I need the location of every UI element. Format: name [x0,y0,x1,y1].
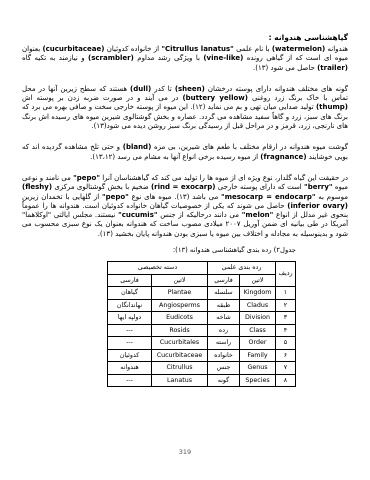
persian-text: حاصل می شود (۱۳). [253,64,317,72]
latin-term: (sheen) [175,85,205,93]
classification-table-body: ۱KingdomسلسلهPlantaeگیاهان۲CladusطبقهAng… [108,287,296,387]
scientific-latin-cell: Cladus [240,299,276,312]
scientific-latin-cell: Family [240,349,276,362]
paragraph: گوشت میوه هندوانه در ارقام مختلف با طعم … [22,143,348,162]
persian-text: و نیازمند به تکیه گاه [22,54,88,62]
paragraph: در حقیقت این گیاه گلدار، نوع ویژه ای از … [22,174,348,239]
body-paragraphs: هندوانه (watermelon) با نام علمی "Citrul… [22,45,348,239]
latin-term: (fleshy) [22,183,52,191]
scientific-latin-cell: Division [240,312,276,325]
scientific-latin-cell: Class [240,324,276,337]
latin-term: "Citrullus lanatus" [161,45,233,53]
header-specific-group: دسته تخصیصی [108,262,208,275]
table-row: ۷GenusجنسCitrullusهندوانه [108,362,296,375]
persian-text: تولید صدایی میان تهی و بم می نماید (۱۲).… [22,103,348,130]
table-row: ۴ClassردهRosids--- [108,324,296,337]
persian-text: هندوانه [325,45,348,53]
row-number-cell: ۲ [276,299,296,312]
latin-term: "melon" [242,211,274,219]
specific-farsi-cell: کدوئیان [108,349,152,362]
header-specific-farsi: فارسی [108,274,152,287]
persian-text: می باشد (۱۳). میوه های نوع [129,193,221,201]
scientific-farsi-cell: سلسله [208,287,240,300]
specific-farsi-cell: --- [108,337,152,350]
row-number-cell: ۳ [276,312,296,325]
table-row: ۱KingdomسلسلهPlantaeگیاهان [108,287,296,300]
page-number: 319 [0,448,370,456]
table-row: ۵OrderراستهCucurbitales--- [108,337,296,350]
specific-farsi-cell: هندوانه [108,362,152,375]
table-caption: جدول۲) رده بندی گیاهشناسی هندوانه (۱۳): [22,246,296,255]
persian-text: تا کدر [151,85,175,93]
specific-latin-cell: Cucurbitaceae [152,349,208,362]
latin-term: (trailer) [317,64,348,72]
latin-term: (dull) [130,85,151,93]
header-specific-latin: لاتین [152,274,208,287]
header-scientific-group: رده بندی علمی [208,262,276,275]
scientific-latin-cell: Genus [240,362,276,375]
specific-latin-cell: Citrullus [152,362,208,375]
latin-term: (rind = exocarp) [151,183,216,191]
specific-latin-cell: Eudicots [152,312,208,325]
latin-term: (inferior ovary) [287,202,348,210]
paragraph: هندوانه (watermelon) با نام علمی "Citrul… [22,45,348,73]
row-number-cell: ۶ [276,349,296,362]
scientific-latin-cell: Kingdom [240,287,276,300]
persian-text: از گلهایی با تخمدان زیرین [22,193,102,201]
row-number-cell: ۸ [276,374,296,387]
scientific-farsi-cell: خانواده [208,349,240,362]
latin-term: (cucurbitaceae) [42,45,104,53]
header-row-number: ردیف [276,262,296,287]
persian-text: است که دارای پوسته خارجی [215,183,304,191]
document-page: گیاهشناسی هندوانه : هندوانه (watermelon)… [0,0,370,480]
latin-term: (buttery yellow) [182,94,248,102]
persian-text: از خانواده کدوئیان [104,45,161,53]
header-scientific-latin: لاتین [240,274,276,287]
persian-text: موسوم به [316,193,348,201]
latin-term: (bland) [123,143,152,151]
persian-text: ضخیم با بخش گوشتالوی مرکزی [52,183,151,191]
specific-latin-cell: Cucurbitales [152,337,208,350]
specific-farsi-cell: گیاهان [108,287,152,300]
persian-text: در حقیقت این گیاه گلدار، نوع ویژه ای از … [100,174,348,182]
scientific-farsi-cell: راسته [208,337,240,350]
specific-farsi-cell: نهاندانگان [108,299,152,312]
table-row: ۸SpeciesگونهLanatus--- [108,374,296,387]
specific-latin-cell: Lanatus [152,374,208,387]
table-row: ۲CladusطبقهAngiospermsنهاندانگان [108,299,296,312]
scientific-farsi-cell: شاخه [208,312,240,325]
latin-term: "pepo" [102,193,129,201]
row-number-cell: ۱ [276,287,296,300]
latin-term: (scrambler) [88,54,134,62]
row-number-cell: ۷ [276,362,296,375]
specific-latin-cell: Plantae [152,287,208,300]
scientific-farsi-cell: جنس [208,362,240,375]
row-number-cell: ۵ [276,337,296,350]
latin-term: "mesocarp = endocarp" [221,193,315,201]
scientific-farsi-cell: گونه [208,374,240,387]
persian-text: با ویژگی رشد مداوم [134,54,203,62]
persian-text: گوشت میوه هندوانه در ارقام مختلف با طعم … [151,143,348,151]
scientific-farsi-cell: طبقه [208,299,240,312]
header-scientific-farsi: فارسی [208,274,240,287]
specific-latin-cell: Rosids [152,324,208,337]
persian-text: از میوه رسیده برخی انواع آنها به مشام می… [90,153,260,161]
scientific-latin-cell: Species [240,374,276,387]
persian-text: در می آیند و در صورت ضربه زدن بر پوسته ا… [22,94,182,102]
table-row: ۳DivisionشاخهEudicotsدولپه ایها [108,312,296,325]
specific-farsi-cell: دولپه ایها [108,312,152,325]
row-number-cell: ۴ [276,324,296,337]
scientific-farsi-cell: رده [208,324,240,337]
persian-text: با نام علمی [234,45,272,53]
scientific-latin-cell: Order [240,337,276,350]
latin-term: (vine-like) [203,54,243,62]
latin-term: (fragnance) [260,153,306,161]
persian-text: می دانند درحالیکه از جنس [158,211,242,219]
latin-term: (thump) [316,103,348,111]
paragraph: گونه های مختلف هندوانه دارای پوسته درخشا… [22,85,348,131]
specific-latin-cell: Angiosperms [152,299,208,312]
specific-farsi-cell: --- [108,374,152,387]
latin-term: "cucumis" [118,211,157,219]
latin-term: "pepo" [73,174,100,182]
classification-table: ردیف رده بندی علمی دسته تخصیصی لاتین فار… [107,261,296,387]
latin-term: (watermelon) [272,45,325,53]
specific-farsi-cell: --- [108,324,152,337]
table-row: ۶FamilyخانوادهCucurbitaceaeکدوئیان [108,349,296,362]
latin-term: "berry" [304,183,333,191]
page-title: گیاهشناسی هندوانه : [22,33,348,43]
persian-text: گونه های مختلف هندوانه دارای پوسته درخشا… [205,85,348,93]
classification-table-header: ردیف رده بندی علمی دسته تخصیصی لاتین فار… [108,262,296,287]
